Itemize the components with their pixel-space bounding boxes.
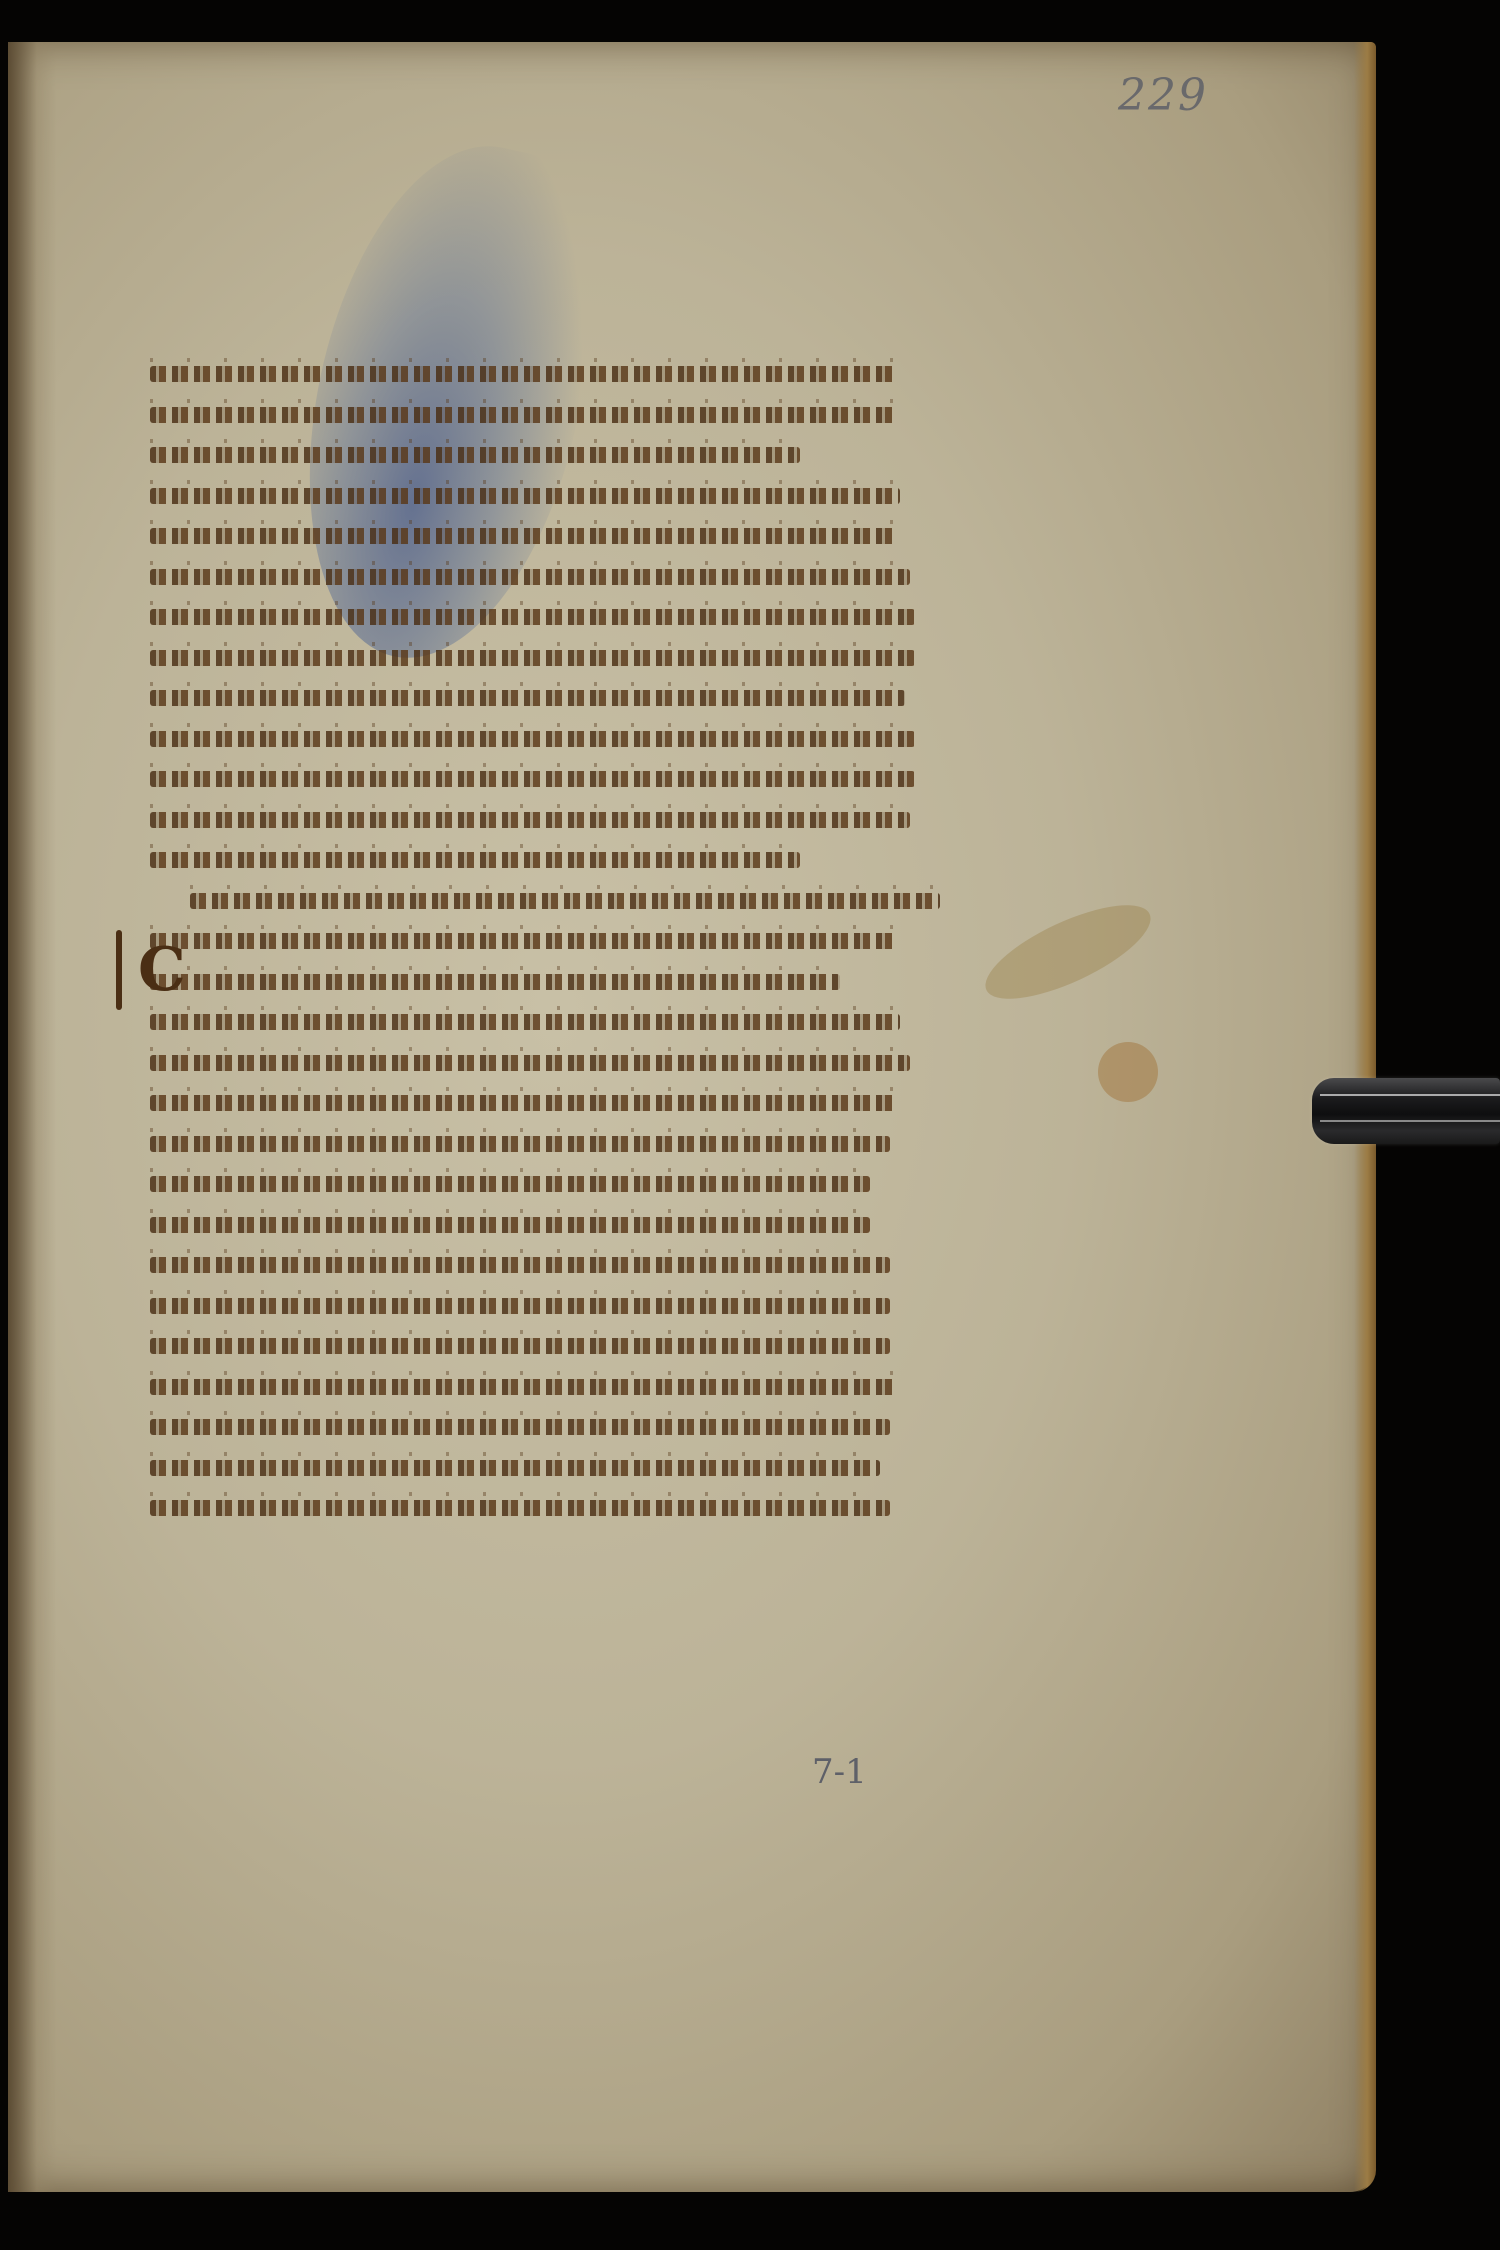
handwritten-ink: [150, 1379, 895, 1395]
handwritten-ink: [150, 609, 915, 625]
handwritten-ink: [150, 1014, 900, 1030]
text-line: [150, 393, 940, 434]
text-line: [150, 879, 940, 920]
brown-stain: [974, 887, 1162, 1017]
handwritten-ink: [150, 1460, 880, 1476]
handwritten-ink: [150, 1298, 890, 1314]
text-line: [150, 1486, 940, 1527]
text-line: [150, 555, 940, 596]
text-line: [150, 352, 940, 393]
text-line: [150, 1041, 940, 1082]
text-line: [150, 1203, 940, 1244]
text-line: [150, 1162, 940, 1203]
text-line: [150, 1324, 940, 1365]
handwritten-ink: [150, 1055, 910, 1071]
handwritten-ink: [150, 852, 800, 868]
brown-stain: [1098, 1042, 1158, 1102]
handwritten-ink: [150, 1338, 890, 1354]
handwritten-ink: [150, 1419, 890, 1435]
page-tab-clip: [1312, 1078, 1500, 1144]
handwritten-ink: [150, 1500, 890, 1516]
handwritten-ink: [150, 1095, 895, 1111]
margin-mark: [116, 930, 122, 1010]
text-line: [150, 1284, 940, 1325]
binding-gutter: [8, 42, 56, 2192]
text-line: [150, 717, 940, 758]
handwritten-ink: [150, 1176, 870, 1192]
text-line: [150, 960, 940, 1001]
handwritten-ink: [150, 933, 895, 949]
handwritten-ink: [150, 366, 895, 382]
text-line: [150, 595, 940, 636]
text-line: [150, 757, 940, 798]
handwritten-ink: [150, 812, 910, 828]
handwritten-ink: [150, 407, 895, 423]
text-line: [150, 1122, 940, 1163]
text-line: [150, 1000, 940, 1041]
text-line: [150, 1446, 940, 1487]
handwritten-ink: [150, 569, 910, 585]
text-line: [150, 676, 940, 717]
text-line: [150, 433, 940, 474]
handwritten-ink: [150, 1136, 890, 1152]
handwritten-ink: [190, 893, 940, 909]
text-block: [150, 352, 940, 1527]
folio-number: 229: [1118, 70, 1208, 121]
handwritten-ink: [150, 690, 905, 706]
text-line: [150, 514, 940, 555]
text-line: [150, 1405, 940, 1446]
handwritten-ink: [150, 1217, 870, 1233]
handwritten-ink: [150, 1257, 890, 1273]
text-line: [150, 636, 940, 677]
handwritten-ink: [150, 731, 915, 747]
handwritten-ink: [150, 488, 900, 504]
text-line: [150, 919, 940, 960]
quire-signature: 7-1: [812, 1752, 867, 1792]
handwritten-ink: [150, 650, 915, 666]
text-line: [150, 798, 940, 839]
text-line: [150, 1081, 940, 1122]
handwritten-ink: [150, 528, 895, 544]
text-line: [150, 838, 940, 879]
text-line: [150, 1365, 940, 1406]
handwritten-ink: [150, 447, 800, 463]
text-line: [150, 474, 940, 515]
decorative-initial: C: [138, 935, 186, 1005]
handwritten-ink: [150, 771, 915, 787]
handwritten-ink: [150, 974, 840, 990]
text-line: [150, 1243, 940, 1284]
